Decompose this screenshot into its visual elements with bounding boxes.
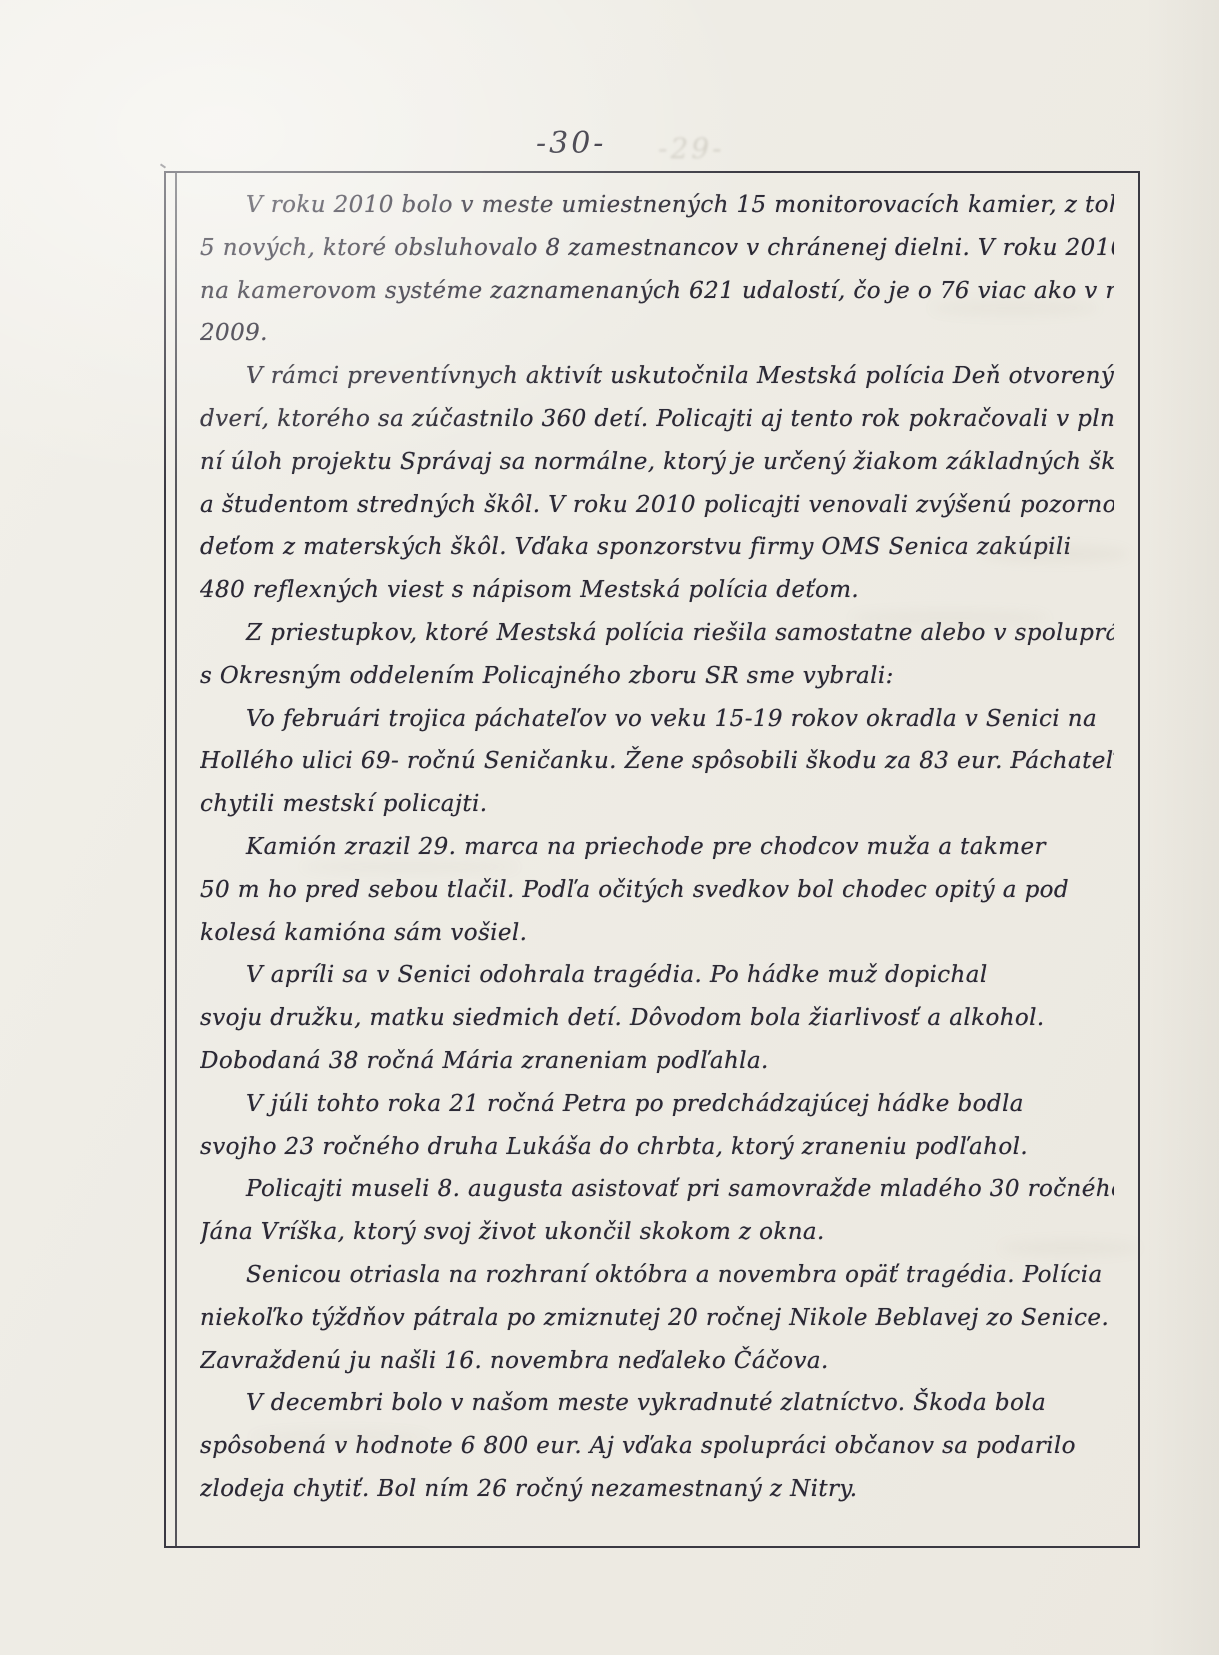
handwritten-line: Senicou otriasla na rozhraní októbra a n…: [200, 1254, 1114, 1297]
handwritten-line: dverí, ktorého sa zúčastnilo 360 detí. P…: [200, 398, 1114, 441]
handwritten-line: 50 m ho pred sebou tlačil. Podľa očitých…: [200, 869, 1114, 912]
manuscript-text: V roku 2010 bolo v meste umiestnených 15…: [200, 184, 1114, 1538]
handwritten-line: kolesá kamióna sám vošiel.: [200, 912, 1114, 955]
handwritten-line: Vo februári trojica páchateľov vo veku 1…: [200, 698, 1114, 741]
handwritten-line: s Okresným oddelením Policajného zboru S…: [200, 655, 1114, 698]
handwritten-line: spôsobená v hodnote 6 800 eur. Aj vďaka …: [200, 1425, 1114, 1468]
handwritten-line: V júli tohto roka 21 ročná Petra po pred…: [200, 1083, 1114, 1126]
handwritten-line: svoju družku, matku siedmich detí. Dôvod…: [200, 997, 1114, 1040]
handwritten-line: 2009.: [200, 312, 1114, 355]
page-border-frame: V roku 2010 bolo v meste umiestnených 15…: [164, 171, 1140, 1548]
handwritten-line: Z priestupkov, ktoré Mestská polícia rie…: [200, 612, 1114, 655]
handwritten-line: na kamerovom systéme zaznamenaných 621 u…: [200, 270, 1114, 313]
handwritten-line: Zavraždenú ju našli 16. novembra neďalek…: [200, 1340, 1114, 1383]
handwritten-line: Hollého ulici 69- ročnú Seničanku. Žene …: [200, 740, 1114, 783]
handwritten-line: Kamión zrazil 29. marca na priechode pre…: [200, 826, 1114, 869]
handwritten-line: Jána Vríška, ktorý svoj život ukončil sk…: [200, 1211, 1114, 1254]
handwritten-line: Dobodaná 38 ročná Mária zraneniam podľah…: [200, 1040, 1114, 1083]
handwritten-line: ní úloh projektu Správaj sa normálne, kt…: [200, 441, 1114, 484]
handwritten-line: deťom z materských škôl. Vďaka sponzorst…: [200, 526, 1114, 569]
handwritten-line: V rámci preventívnych aktivít uskutočnil…: [200, 355, 1114, 398]
handwritten-line: niekoľko týždňov pátrala po zmiznutej 20…: [200, 1297, 1114, 1340]
handwritten-line: chytili mestskí policajti.: [200, 783, 1114, 826]
scanned-chronicle-page: -30- -29- V roku 2010 bolo v meste umies…: [0, 0, 1219, 1655]
handwritten-line: V roku 2010 bolo v meste umiestnených 15…: [200, 184, 1114, 227]
page-number: -30-: [536, 126, 606, 161]
handwritten-line: Policajti museli 8. augusta asistovať pr…: [200, 1168, 1114, 1211]
handwritten-line: 480 reflexných viest s nápisom Mestská p…: [200, 569, 1114, 612]
ghost-page-number-bleedthrough: -29-: [658, 132, 725, 165]
handwritten-line: V apríli sa v Senici odohrala tragédia. …: [200, 954, 1114, 997]
handwritten-line: zlodeja chytiť. Bol ním 26 ročný nezames…: [200, 1468, 1114, 1511]
handwritten-line: a študentom stredných škôl. V roku 2010 …: [200, 484, 1114, 527]
handwritten-line: V decembri bolo v našom meste vykradnuté…: [200, 1382, 1114, 1425]
handwritten-line: 5 nových, ktoré obsluhovalo 8 zamestnanc…: [200, 227, 1114, 270]
handwritten-line: svojho 23 ročného druha Lukáša do chrbta…: [200, 1126, 1114, 1169]
